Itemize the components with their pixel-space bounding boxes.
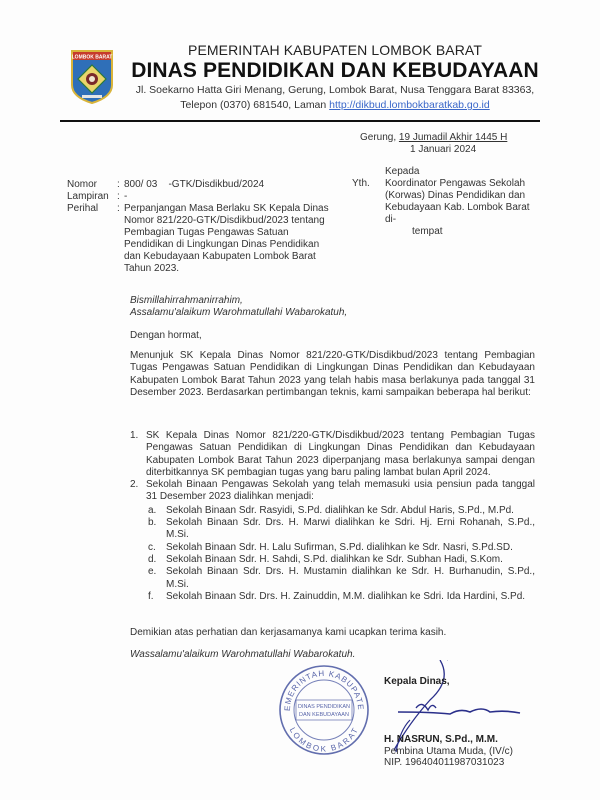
letter-subject: Perpanjangan Masa Berlaku SK Kepala Dina… <box>124 203 334 275</box>
sub-list: a.Sekolah Binaan Sdr. Rasyidi, S.Pd. dia… <box>146 505 535 603</box>
handwritten-signature-icon <box>370 660 530 760</box>
sub-list-item: b.Sekolah Binaan Sdr. Drs. H. Marwi dial… <box>146 517 535 542</box>
signatory-nip: NIP. 196404011987031023 <box>384 757 504 768</box>
list-item: 2. Sekolah Binaan Pengawas Sekolah yang … <box>130 479 535 603</box>
sub-list-item: a.Sekolah Binaan Sdr. Rasyidi, S.Pd. dia… <box>146 505 535 517</box>
agency-contact: Telepon (0370) 681540, Laman http://dikb… <box>130 98 540 112</box>
hijri-date: 19 Jumadil Akhir 1445 H <box>399 132 507 143</box>
lombok-barat-emblem-icon: LOMBOK BARAT <box>70 49 114 105</box>
agency-address: Jl. Soekarno Hatta Giri Menang, Gerung, … <box>130 83 540 98</box>
letterhead: PEMERINTAH KABUPATEN LOMBOK BARAT DINAS … <box>130 42 540 112</box>
meta-row-nomor: Nomor:800/ 03 -GTK/Disdikbud/2024 <box>67 179 334 191</box>
opening-salutation: Bismillahirrahmanirrahim, Assalamu'alaik… <box>130 295 347 319</box>
meta-row-perihal: Perihal:Perpanjangan Masa Berlaku SK Kep… <box>67 203 334 275</box>
government-name: PEMERINTAH KABUPATEN LOMBOK BARAT <box>130 42 540 59</box>
closing-sentence: Demikian atas perhatian dan kerjasamanya… <box>130 627 446 639</box>
sub-list-item: c.Sekolah Binaan Sdr. H. Lalu Sufirman, … <box>146 542 535 554</box>
agency-name: DINAS PENDIDIKAN DAN KEBUDAYAAN <box>130 59 540 83</box>
svg-text:DINAS PENDIDIKAN: DINAS PENDIDIKAN <box>298 704 350 710</box>
letter-page: LOMBOK BARAT PEMERINTAH KABUPATEN LOMBOK… <box>0 0 600 800</box>
signatory-rank: Pembina Utama Muda, (IV/c) <box>384 746 513 757</box>
signatory-name: H. NASRUN, S.Pd., M.M. <box>384 734 498 745</box>
svg-text:DAN KEBUDAYAAN: DAN KEBUDAYAAN <box>299 712 349 718</box>
closing-salutation: Wassalamu'alaikum Warohmatullahi Wabarok… <box>130 649 355 661</box>
numbered-list: 1. SK Kepala Dinas Nomor 821/220-GTK/Dis… <box>130 430 535 603</box>
list-item: 1. SK Kepala Dinas Nomor 821/220-GTK/Dis… <box>130 430 535 479</box>
sub-list-item: d.Sekolah Binaan Sdr. H. Sahdi, S.Pd. di… <box>146 554 535 566</box>
website-link[interactable]: http://dikbud.lombokbaratkab.go.id <box>329 99 490 111</box>
signatory-title: Kepala Dinas, <box>384 676 450 687</box>
letter-date: Gerung, 19 Jumadil Akhir 1445 H 1 Januar… <box>360 132 560 156</box>
sub-list-item: f.Sekolah Binaan Sdr. Drs. H. Zainuddin,… <box>146 591 535 603</box>
body-paragraph: Menunjuk SK Kepala Dinas Nomor 821/220-G… <box>130 350 535 399</box>
recipient-block: Kepada Yth. Koordinator Pengawas Sekolah… <box>385 166 565 238</box>
letterhead-divider <box>60 120 540 122</box>
letter-number: 800/ 03 -GTK/Disdikbud/2024 <box>124 179 334 191</box>
official-stamp-icon: PEMERINTAH KABUPATEN LOMBOK BARAT DINAS … <box>276 662 372 758</box>
meta-row-lampiran: Lampiran:- <box>67 191 334 203</box>
letter-meta: Nomor:800/ 03 -GTK/Disdikbud/2024 Lampir… <box>67 179 334 275</box>
gregorian-date: 1 Januari 2024 <box>360 144 560 156</box>
svg-text:LOMBOK BARAT: LOMBOK BARAT <box>72 55 113 61</box>
greeting: Dengan hormat, <box>130 330 202 342</box>
sub-list-item: e.Sekolah Binaan Sdr. Drs. H. Mustamin d… <box>146 566 535 591</box>
